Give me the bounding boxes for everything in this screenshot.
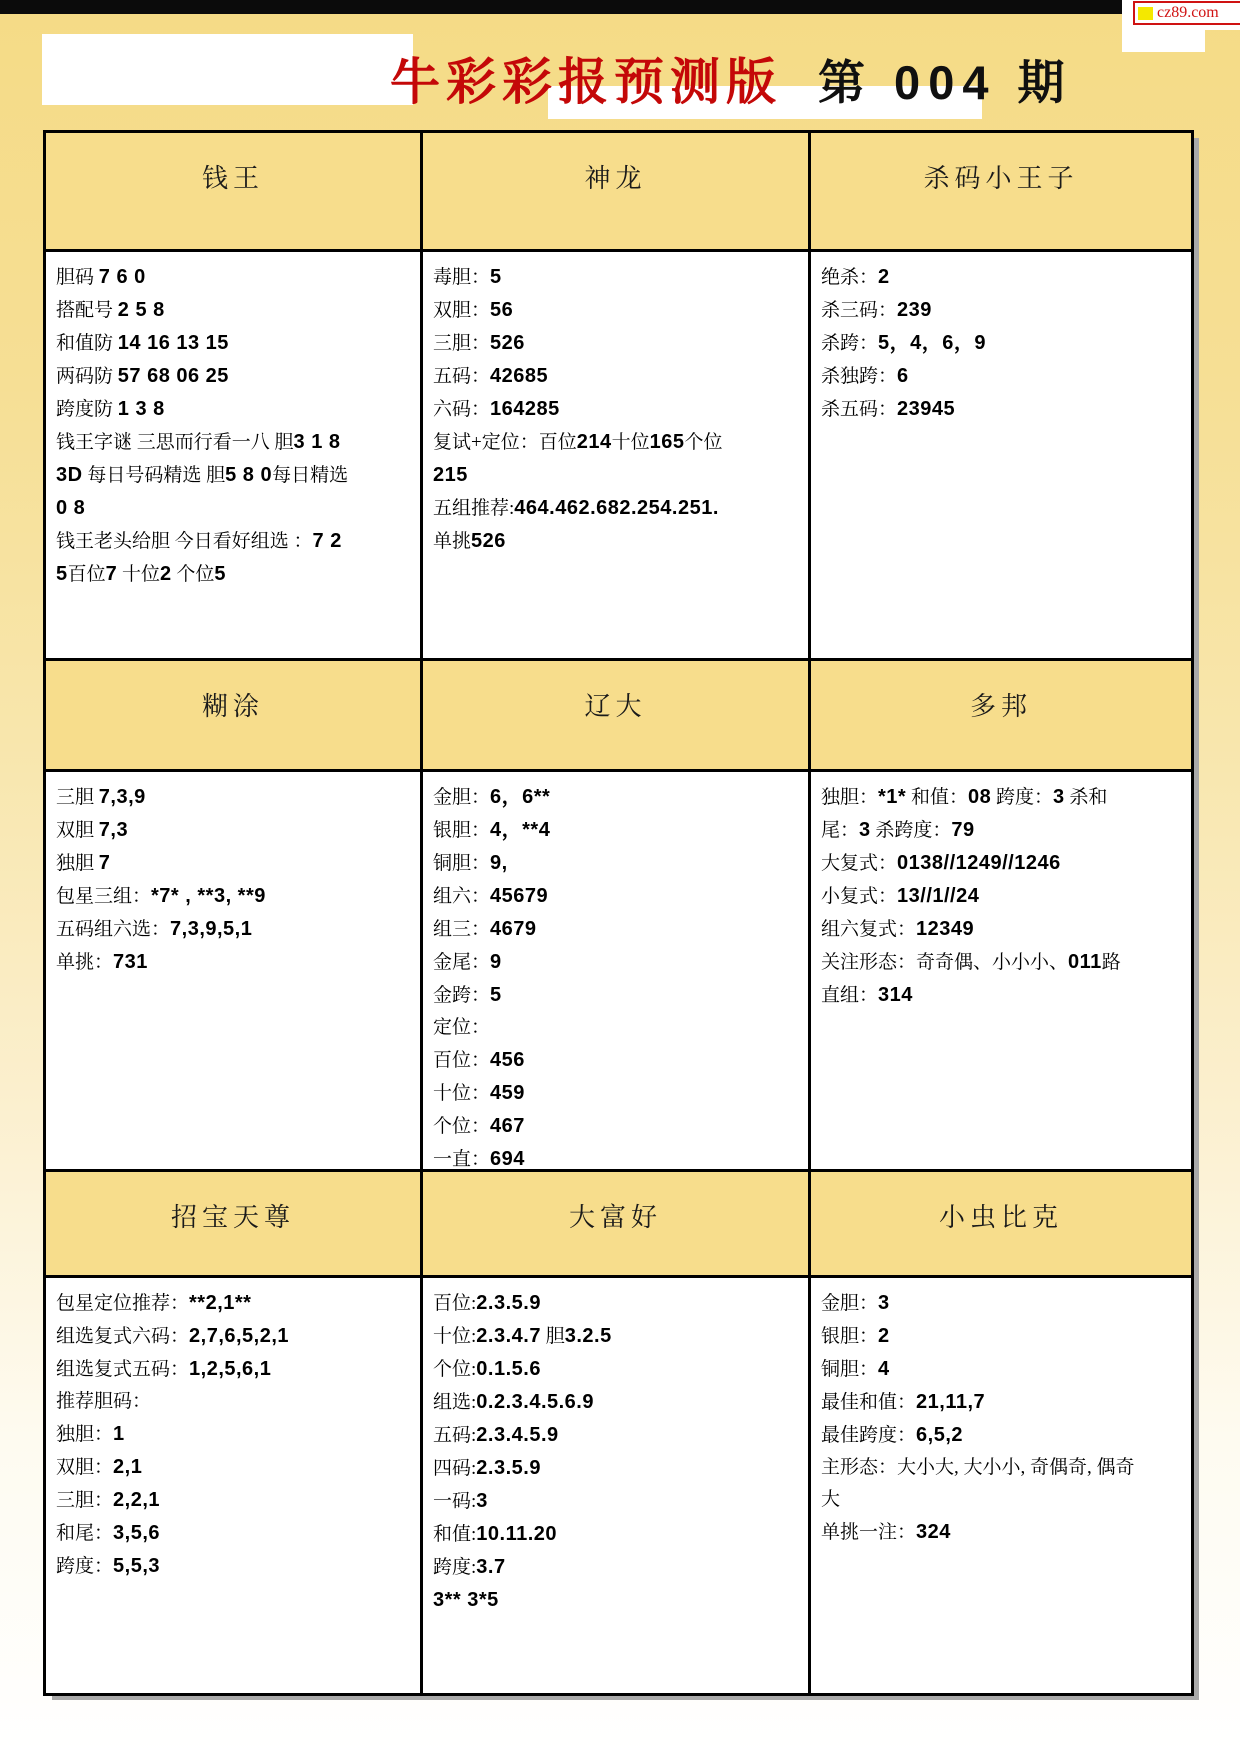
prediction-line: 独胆：*1* 和值：08 跨度：3 杀和: [821, 781, 1181, 814]
prediction-value: 5: [214, 563, 226, 585]
panel-content: 三胆 7,3,9双胆 7,3独胆 7包星三组：*7* , **3, **9五码组…: [46, 772, 420, 1169]
prediction-label: 最佳和值：: [821, 1392, 916, 1413]
prediction-line: 银胆：2: [821, 1320, 1181, 1353]
prediction-value: 7: [106, 563, 118, 585]
prediction-value: 42685: [490, 365, 548, 387]
prediction-value: 45679: [490, 885, 548, 907]
prediction-value: 3 1 8: [294, 431, 341, 453]
prediction-line: 六码：164285: [433, 393, 798, 426]
prediction-line: 推荐胆码：: [56, 1386, 410, 1418]
prediction-label: 组六：: [433, 886, 490, 907]
prediction-label: 毒胆：: [433, 267, 490, 288]
prediction-line: 百位:2.3.5.9: [433, 1287, 798, 1320]
prediction-label: 钱王字谜 三思而行看一八 胆: [56, 432, 294, 453]
prediction-value: 3,5,6: [113, 1522, 160, 1544]
prediction-label: 独胆: [56, 853, 99, 874]
panel-title: 多邦: [970, 686, 1032, 723]
panel-header: 钱王: [46, 133, 420, 249]
prediction-label: 两码防: [56, 366, 118, 387]
prediction-label: 路: [1102, 952, 1121, 973]
prediction-value: 3: [476, 1490, 488, 1512]
prediction-label: 个位: [684, 432, 722, 453]
prediction-value: 0138//1249//1246: [897, 852, 1061, 874]
panel-header: 辽大: [423, 661, 808, 769]
prediction-label: 个位：: [433, 1116, 490, 1137]
prediction-label: 金跨：: [433, 985, 490, 1006]
prediction-value: 214: [577, 431, 612, 453]
prediction-value: 3: [859, 819, 871, 841]
prediction-line: 双胆：2,1: [56, 1451, 410, 1484]
prediction-value: 2 5 8: [118, 299, 165, 321]
prediction-line: 定位：: [433, 1012, 798, 1044]
prediction-value: 526: [490, 332, 525, 354]
prediction-value: 2.3.5.9: [476, 1457, 541, 1479]
panel-header: 小虫比克: [811, 1172, 1191, 1275]
panel-title: 招宝天尊: [171, 1197, 295, 1234]
prediction-line: 跨度防 1 3 8: [56, 393, 410, 426]
prediction-label: 和值：: [906, 787, 968, 808]
prediction-value: *7* , **3, **9: [151, 885, 266, 907]
prediction-line: 铜胆：4: [821, 1353, 1181, 1386]
prediction-label: 杀跨度：: [871, 820, 952, 841]
prediction-value: 2.3.5.9: [476, 1292, 541, 1314]
prediction-label: 银胆：: [433, 820, 490, 841]
prediction-value: 6: [897, 365, 909, 387]
prediction-label: 组选:: [433, 1392, 476, 1413]
panel-header: 多邦: [811, 661, 1191, 769]
prediction-value: 5: [56, 563, 68, 585]
prediction-value: 4: [878, 1358, 890, 1380]
prediction-line: 银胆：4，**4: [433, 814, 798, 847]
prediction-label: 包星定位推荐：: [56, 1293, 189, 1314]
prediction-line: 四码:2.3.5.9: [433, 1452, 798, 1485]
prediction-label: 十位：: [433, 1083, 490, 1104]
prediction-line: 绝杀：2: [821, 261, 1181, 294]
prediction-line: 毒胆：5: [433, 261, 798, 294]
prediction-line: 杀三码：239: [821, 294, 1181, 327]
panel-title: 辽大: [584, 686, 646, 723]
prediction-value: 3D: [56, 464, 83, 486]
prediction-value: 3** 3*5: [433, 1589, 499, 1611]
prediction-value: 10.11.20: [476, 1523, 557, 1545]
prediction-value: **2,1**: [189, 1292, 251, 1314]
prediction-label: 单挑: [433, 531, 471, 552]
prediction-label: 十位:: [433, 1326, 476, 1347]
prediction-value: 165: [650, 431, 685, 453]
prediction-value: *1*: [878, 786, 906, 808]
prediction-line: 三胆 7,3,9: [56, 781, 410, 814]
panel-header: 杀码小王子: [811, 133, 1191, 249]
prediction-value: 7,3,9,5,1: [170, 918, 252, 940]
panel-content: 包星定位推荐：**2,1**组选复式六码：2,7,6,5,2,1组选复式五码：1…: [46, 1278, 420, 1693]
prediction-value: 23945: [897, 398, 955, 420]
prediction-value: 4679: [490, 918, 537, 940]
prediction-label: 杀独跨：: [821, 366, 897, 387]
prediction-label: 个位:: [433, 1359, 476, 1380]
prediction-label: 包星三组：: [56, 886, 151, 907]
prediction-line: 组选复式六码：2,7,6,5,2,1: [56, 1320, 410, 1353]
prediction-label: 独胆：: [821, 787, 878, 808]
prediction-value: 1,2,5,6,1: [189, 1358, 271, 1380]
prediction-value: 2,2,1: [113, 1489, 160, 1511]
prediction-value: 57 68 06 25: [118, 365, 229, 387]
prediction-line: 和值防 14 16 13 15: [56, 327, 410, 360]
prediction-label: 杀和: [1065, 787, 1108, 808]
prediction-value: 2.3.4.5.9: [476, 1424, 558, 1446]
prediction-value: 79: [951, 819, 974, 841]
prediction-label: 大: [821, 1489, 840, 1510]
prediction-label: 跨度：: [56, 1556, 113, 1577]
top-black-bar: [0, 0, 1122, 14]
prediction-label: 定位：: [433, 1017, 490, 1038]
page-title-main: 牛彩彩报预测版: [390, 54, 782, 110]
prediction-label: 金胆：: [821, 1293, 878, 1314]
prediction-line: 3** 3*5: [433, 1584, 798, 1617]
prediction-line: 复试+定位：百位214十位165个位: [433, 426, 798, 459]
prediction-label: 跨度:: [433, 1557, 476, 1578]
prediction-line: 大: [821, 1484, 1181, 1516]
prediction-value: 467: [490, 1115, 525, 1137]
prediction-value: 5，4，6，9: [878, 332, 986, 354]
prediction-value: 2,1: [113, 1456, 142, 1478]
panel-content: 金胆：3银胆：2铜胆：4最佳和值：21,11,7最佳跨度：6,5,2主形态：大小…: [811, 1278, 1191, 1693]
prediction-label: 单挑：: [56, 952, 113, 973]
prediction-value: 2.3.4.7: [476, 1325, 541, 1347]
prediction-label: 复试+定位：百位: [433, 432, 577, 453]
page-title-issue: 第 004 期: [818, 56, 1073, 109]
prediction-label: 尾：: [821, 820, 859, 841]
prediction-value: 011: [1068, 951, 1102, 973]
prediction-value: 459: [490, 1082, 525, 1104]
prediction-value: 694: [490, 1148, 525, 1170]
prediction-label: 杀三码：: [821, 300, 897, 321]
panel-header: 招宝天尊: [46, 1172, 420, 1275]
prediction-line: 个位:0.1.5.6: [433, 1353, 798, 1386]
prediction-line: 0 8: [56, 492, 410, 525]
prediction-line: 和值:10.11.20: [433, 1518, 798, 1551]
prediction-line: 包星定位推荐：**2,1**: [56, 1287, 410, 1320]
prediction-label: 百位: [68, 564, 106, 585]
prediction-line: 钱王老头给胆 今日看好组选 ：7 2: [56, 525, 410, 558]
prediction-line: 三胆：526: [433, 327, 798, 360]
prediction-label: 直组：: [821, 985, 878, 1006]
prediction-line: 5百位7 十位2 个位5: [56, 558, 410, 591]
prediction-label: 五码:: [433, 1425, 476, 1446]
prediction-line: 组三：4679: [433, 913, 798, 946]
prediction-line: 直组：314: [821, 979, 1181, 1012]
prediction-value: 731: [113, 951, 148, 973]
prediction-line: 包星三组：*7* , **3, **9: [56, 880, 410, 913]
prediction-label: 铜胆：: [433, 853, 490, 874]
prediction-value: 0 8: [56, 497, 85, 519]
prediction-label: 组选复式六码：: [56, 1326, 189, 1347]
prediction-label: 三胆：: [56, 1490, 113, 1511]
prediction-line: 杀独跨：6: [821, 360, 1181, 393]
prediction-value: 5 8 0: [225, 464, 272, 486]
prediction-line: 杀五码：23945: [821, 393, 1181, 426]
prediction-label: 最佳跨度：: [821, 1425, 916, 1446]
prediction-line: 组选复式五码：1,2,5,6,1: [56, 1353, 410, 1386]
prediction-label: 组六复式：: [821, 919, 916, 940]
prediction-label: 杀五码：: [821, 399, 897, 420]
prediction-label: 大复式：: [821, 853, 897, 874]
prediction-line: 独胆 7: [56, 847, 410, 880]
prediction-line: 一码:3: [433, 1485, 798, 1518]
prediction-value: 2: [878, 1325, 890, 1347]
prediction-label: 胆码: [56, 267, 99, 288]
panel-title: 大富好: [569, 1197, 662, 1234]
prediction-line: 双胆 7,3: [56, 814, 410, 847]
prediction-value: 08: [968, 786, 991, 808]
prediction-value: 13//1//24: [897, 885, 979, 907]
prediction-value: 4，**4: [490, 819, 550, 841]
prediction-label: 金胆：: [433, 787, 490, 808]
prediction-label: 银胆：: [821, 1326, 878, 1347]
prediction-value: 7,3,9: [99, 786, 146, 808]
panel-content: 独胆：*1* 和值：08 跨度：3 杀和尾：3 杀跨度：79大复式：0138//…: [811, 772, 1191, 1169]
prediction-line: 组六：45679: [433, 880, 798, 913]
page-title: 牛彩彩报预测版第 004 期: [390, 42, 1073, 114]
prediction-value: 314: [878, 984, 913, 1006]
panel-title: 杀码小王子: [923, 158, 1078, 195]
prediction-value: 12349: [916, 918, 974, 940]
prediction-value: 3: [878, 1292, 890, 1314]
prediction-label: 百位：: [433, 1050, 490, 1071]
prediction-value: 7 6 0: [99, 266, 146, 288]
prediction-value: 6，6**: [490, 786, 550, 808]
prediction-label: 推荐胆码：: [56, 1391, 151, 1412]
prediction-value: 3.2.5: [565, 1325, 612, 1347]
prediction-label: 五码组六选：: [56, 919, 170, 940]
prediction-label: 关注形态：奇奇偶、小小小、: [821, 952, 1068, 973]
prediction-line: 大复式：0138//1249//1246: [821, 847, 1181, 880]
prediction-label: 五组推荐:: [433, 498, 514, 519]
prediction-value: 2: [878, 266, 890, 288]
prediction-value: 456: [490, 1049, 525, 1071]
panel-content: 胆码 7 6 0搭配号 2 5 8和值防 14 16 13 15两码防 57 6…: [46, 252, 420, 658]
panel-header: 神龙: [423, 133, 808, 249]
prediction-label: 双胆：: [433, 300, 490, 321]
prediction-value: 215: [433, 464, 468, 486]
prediction-line: 金胆：6，6**: [433, 781, 798, 814]
panel-content: 毒胆：5双胆：56三胆：526五码：42685六码：164285复试+定位：百位…: [423, 252, 808, 658]
prediction-value: 164285: [490, 398, 560, 420]
prediction-label: 单挑一注：: [821, 1522, 916, 1543]
prediction-label: 杀跨：: [821, 333, 878, 354]
prediction-line: 关注形态：奇奇偶、小小小、011路: [821, 946, 1181, 979]
prediction-line: 十位：459: [433, 1077, 798, 1110]
prediction-line: 五组推荐:464.462.682.254.251.: [433, 492, 798, 525]
prediction-label: 和值:: [433, 1524, 476, 1545]
prediction-line: 百位：456: [433, 1044, 798, 1077]
prediction-label: 独胆：: [56, 1424, 113, 1445]
prediction-value: 2,7,6,5,2,1: [189, 1325, 289, 1347]
prediction-label: 小复式：: [821, 886, 897, 907]
prediction-line: 两码防 57 68 06 25: [56, 360, 410, 393]
prediction-label: 双胆：: [56, 1457, 113, 1478]
prediction-value: 7 2: [313, 530, 342, 552]
prediction-label: 组选复式五码：: [56, 1359, 189, 1380]
prediction-value: 0.2.3.4.5.6.9: [476, 1391, 594, 1413]
panel-content: 百位:2.3.5.9十位:2.3.4.7 胆3.2.5个位:0.1.5.6组选:…: [423, 1278, 808, 1693]
prediction-value: 0.1.5.6: [476, 1358, 541, 1380]
prediction-label: 四码:: [433, 1458, 476, 1479]
prediction-value: 5,5,3: [113, 1555, 160, 1577]
prediction-label: 五码：: [433, 366, 490, 387]
prediction-line: 铜胆：9,: [433, 847, 798, 880]
panel-header: 大富好: [423, 1172, 808, 1275]
badge-yellow-icon: [1138, 7, 1153, 20]
panel-title: 小虫比克: [939, 1197, 1063, 1234]
prediction-line: 搭配号 2 5 8: [56, 294, 410, 327]
prediction-value: 5: [490, 984, 502, 1006]
prediction-line: 独胆：1: [56, 1418, 410, 1451]
prediction-line: 组六复式：12349: [821, 913, 1181, 946]
prediction-label: 和尾：: [56, 1523, 113, 1544]
prediction-label: 十位: [612, 432, 650, 453]
prediction-label: 金尾：: [433, 952, 490, 973]
prediction-label: 绝杀：: [821, 267, 878, 288]
prediction-label: 胆: [541, 1326, 565, 1347]
prediction-label: 每日精选: [272, 465, 348, 486]
prediction-line: 组选:0.2.3.4.5.6.9: [433, 1386, 798, 1419]
prediction-line: 215: [433, 459, 798, 492]
prediction-line: 个位：467: [433, 1110, 798, 1143]
prediction-line: 小复式：13//1//24: [821, 880, 1181, 913]
panel-content: 绝杀：2杀三码：239杀跨：5，4，6，9杀独跨：6杀五码：23945: [811, 252, 1191, 658]
prediction-value: 526: [471, 530, 506, 552]
prediction-label: 钱王老头给胆 今日看好组选 ：: [56, 531, 313, 552]
prediction-line: 跨度：5,5,3: [56, 1550, 410, 1583]
prediction-line: 五码组六选：7,3,9,5,1: [56, 913, 410, 946]
prediction-label: 十位: [117, 564, 160, 585]
prediction-line: 金尾：9: [433, 946, 798, 979]
prediction-value: 2: [160, 563, 172, 585]
prediction-label: 搭配号: [56, 300, 118, 321]
prediction-line: 最佳和值：21,11,7: [821, 1386, 1181, 1419]
prediction-line: 五码：42685: [433, 360, 798, 393]
prediction-label: 跨度防: [56, 399, 118, 420]
prediction-label: 三胆：: [433, 333, 490, 354]
prediction-label: 百位:: [433, 1293, 476, 1314]
prediction-value: 9: [490, 951, 502, 973]
prediction-value: 1: [113, 1423, 125, 1445]
prediction-value: 464.462.682.254.251.: [514, 497, 719, 519]
prediction-line: 金跨：5: [433, 979, 798, 1012]
prediction-value: 324: [916, 1521, 951, 1543]
prediction-label: 和值防: [56, 333, 118, 354]
prediction-line: 双胆：56: [433, 294, 798, 327]
prediction-value: 7,3: [99, 819, 128, 841]
prediction-value: 7: [99, 852, 111, 874]
prediction-label: 个位: [172, 564, 215, 585]
prediction-line: 和尾：3,5,6: [56, 1517, 410, 1550]
prediction-value: 6,5,2: [916, 1424, 963, 1446]
prediction-line: 单挑526: [433, 525, 798, 558]
prediction-label: 一直：: [433, 1149, 490, 1170]
prediction-line: 三胆：2,2,1: [56, 1484, 410, 1517]
prediction-value: 14 16 13 15: [118, 332, 229, 354]
prediction-line: 最佳跨度：6,5,2: [821, 1419, 1181, 1452]
prediction-label: 三胆: [56, 787, 99, 808]
panel-header: 糊涂: [46, 661, 420, 769]
prediction-label: 跨度：: [991, 787, 1053, 808]
prediction-value: 21,11,7: [916, 1391, 985, 1413]
prediction-value: 1 3 8: [118, 398, 165, 420]
prediction-line: 金胆：3: [821, 1287, 1181, 1320]
panel-title: 钱王: [202, 158, 264, 195]
prediction-line: 五码:2.3.4.5.9: [433, 1419, 798, 1452]
prediction-label: 主形态：大小大, 大小小, 奇偶奇, 偶奇: [821, 1457, 1135, 1478]
panel-title: 神龙: [584, 158, 646, 195]
prediction-line: 杀跨：5，4，6，9: [821, 327, 1181, 360]
prediction-label: 双胆: [56, 820, 99, 841]
site-badge[interactable]: cz89.com: [1133, 1, 1240, 25]
prediction-label: 组三：: [433, 919, 490, 940]
prediction-line: 钱王字谜 三思而行看一八 胆3 1 8: [56, 426, 410, 459]
prediction-line: 3D 每日号码精选 胆5 8 0每日精选: [56, 459, 410, 492]
prediction-line: 胆码 7 6 0: [56, 261, 410, 294]
prediction-line: 主形态：大小大, 大小小, 奇偶奇, 偶奇: [821, 1452, 1181, 1484]
prediction-line: 单挑：731: [56, 946, 410, 979]
prediction-line: 单挑一注：324: [821, 1516, 1181, 1549]
panel-content: 金胆：6，6**银胆：4，**4铜胆：9,组六：45679组三：4679金尾：9…: [423, 772, 808, 1169]
prediction-value: 9,: [490, 852, 508, 874]
badge-site-name: cz89.com: [1157, 5, 1219, 21]
prediction-value: 3: [1053, 786, 1065, 808]
prediction-line: 跨度:3.7: [433, 1551, 798, 1584]
prediction-value: 239: [897, 299, 932, 321]
prediction-line: 尾：3 杀跨度：79: [821, 814, 1181, 847]
prediction-table: 钱王神龙杀码小王子胆码 7 6 0搭配号 2 5 8和值防 14 16 13 1…: [43, 130, 1194, 1696]
prediction-value: 5: [490, 266, 502, 288]
prediction-label: 每日号码精选 胆: [83, 465, 226, 486]
prediction-label: 铜胆：: [821, 1359, 878, 1380]
prediction-value: 56: [490, 299, 513, 321]
prediction-label: 六码：: [433, 399, 490, 420]
prediction-line: 十位:2.3.4.7 胆3.2.5: [433, 1320, 798, 1353]
masked-white-box-left: [42, 34, 413, 105]
prediction-label: 一码:: [433, 1491, 476, 1512]
panel-title: 糊涂: [202, 686, 264, 723]
prediction-value: 3.7: [476, 1556, 505, 1578]
